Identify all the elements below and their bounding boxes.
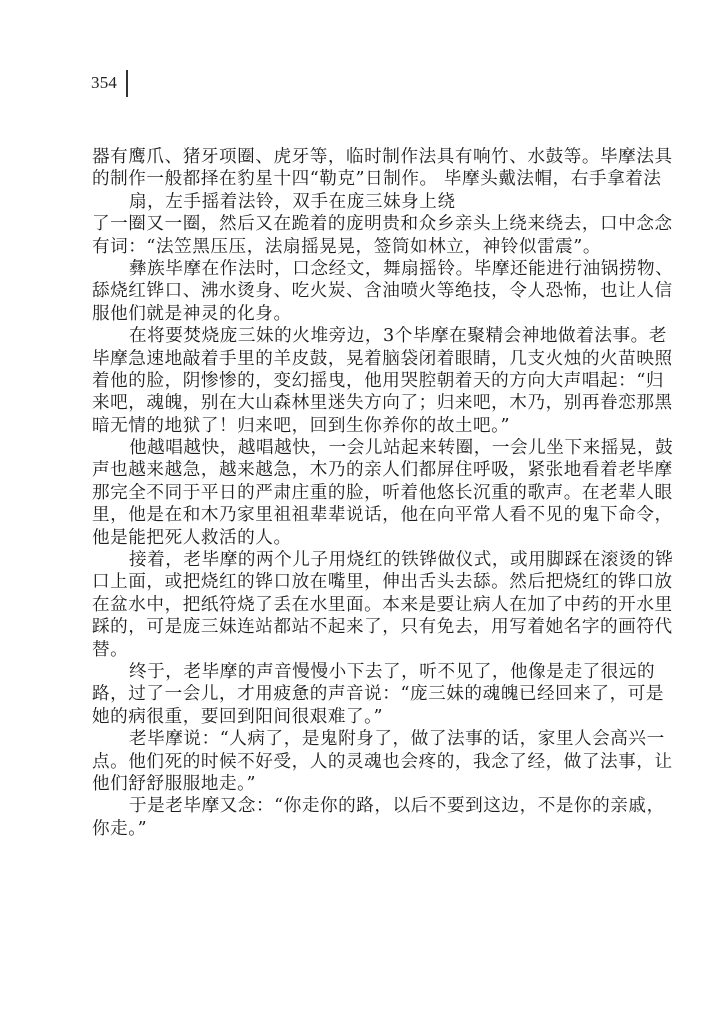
text-line: 暗无情的地狱了！归来吧，回到生你养你的故土吧。” [92,415,658,437]
paragraph-start-line: 他越唱越快，越唱越快，一会儿站起来转圈，一会儿坐下来摇晃，鼓 [92,437,658,459]
page-number: 354 [91,73,117,93]
text-line: 你走。” [92,818,658,840]
text-line: 她的病很重，要回到阳间很艰难了。” [92,706,658,728]
text-line: 踩的，可是庞三妹连站都站不起来了，只有免去，用写着她名字的画符代 [92,616,658,638]
text-line: 点。他们死的时候不好受，人的灵魂也会疼的，我念了经，做了法事，让 [92,751,658,773]
page-header: 354 [91,66,128,100]
text-line: 在盆水中，把纸符烧了丢在水里面。本来是要让病人在加了中药的开水里 [92,594,658,616]
text-line: 替。 [92,639,658,661]
text-line: 里，他是在和木乃家里祖祖辈辈说话，他在向平常人看不见的鬼下命令， [92,504,658,526]
text-line: 毕摩急速地敲着手里的羊皮鼓，晃着脑袋闭着眼睛，几支火烛的火苗映照 [92,348,658,370]
text-line: 路，过了一会儿，才用疲惫的声音说：“庞三妹的魂魄已经回来了，可是 [92,683,658,705]
text-line: 声也越来越急，越来越急，木乃的亲人们都屏住呼吸，紧张地看着老毕摩 [92,459,658,481]
header-divider [126,70,128,97]
paragraph-start-line: 彝族毕摩在作法时，口念经文，舞扇摇铃。毕摩还能进行油锅捞物、 [92,258,658,280]
text-line: 来吧，魂魄，别在大山森林里迷失方向了；归来吧，木乃，别再眷恋那黑 [92,392,658,414]
text-line: 他们舒舒服服地走。” [92,773,658,795]
body-text: 器有鹰爪、猪牙项圈、虎牙等，临时制作法具有响竹、水鼓等。毕摩法具 的制作一般都择… [92,146,658,840]
text-line: 服他们就是神灵的化身。 [92,303,658,325]
text-line: 了一圈又一圈，然后又在跪着的庞明贵和众乡亲头上绕来绕去，口中念念 [92,213,658,235]
text-line: 着他的脸，阴惨惨的，变幻摇曳，他用哭腔朝着天的方向大声唱起：“归 [92,370,658,392]
text-line: 舔烧红铧口、沸水烫身、吃火炭、含油喷火等绝技，令人恐怖，也让人信 [92,280,658,302]
text-line: 他是能把死人救活的人。 [92,527,658,549]
text-line: 有词：“法笠黑压压，法扇摇晃晃，签筒如林立，神铃似雷震”。 [92,236,658,258]
paragraph-start-line: 接着，老毕摩的两个儿子用烧红的铁铧做仪式，或用脚踩在滚烫的铧 [92,549,658,571]
text-line: 扇，左手摇着法铃，双手在庞三妹身上绕 [92,191,658,213]
paragraph-start-line: 终于，老毕摩的声音慢慢小下去了，听不见了，他像是走了很远的 [92,661,658,683]
text-line: 那完全不同于平日的严肃庄重的脸，听着他悠长沉重的歌声。在老辈人眼 [92,482,658,504]
text-line: 口上面，或把烧红的铧口放在嘴里，伸出舌头去舔。然后把烧红的铧口放 [92,571,658,593]
text-line: 的制作一般都择在豹星十四“勒克”日制作。 毕摩头戴法帽，右手拿着法 [92,168,658,190]
paragraph-start-line: 在将要焚烧庞三妹的火堆旁边，3个毕摩在聚精会神地做着法事。老 [92,325,658,347]
paragraph-start-line: 于是老毕摩又念：“你走你的路，以后不要到这边，不是你的亲戚， [92,795,658,817]
text-line: 器有鹰爪、猪牙项圈、虎牙等，临时制作法具有响竹、水鼓等。毕摩法具 [92,146,658,168]
paragraph-start-line: 老毕摩说：“人病了，是鬼附身了，做了法事的话，家里人会高兴一 [92,728,658,750]
